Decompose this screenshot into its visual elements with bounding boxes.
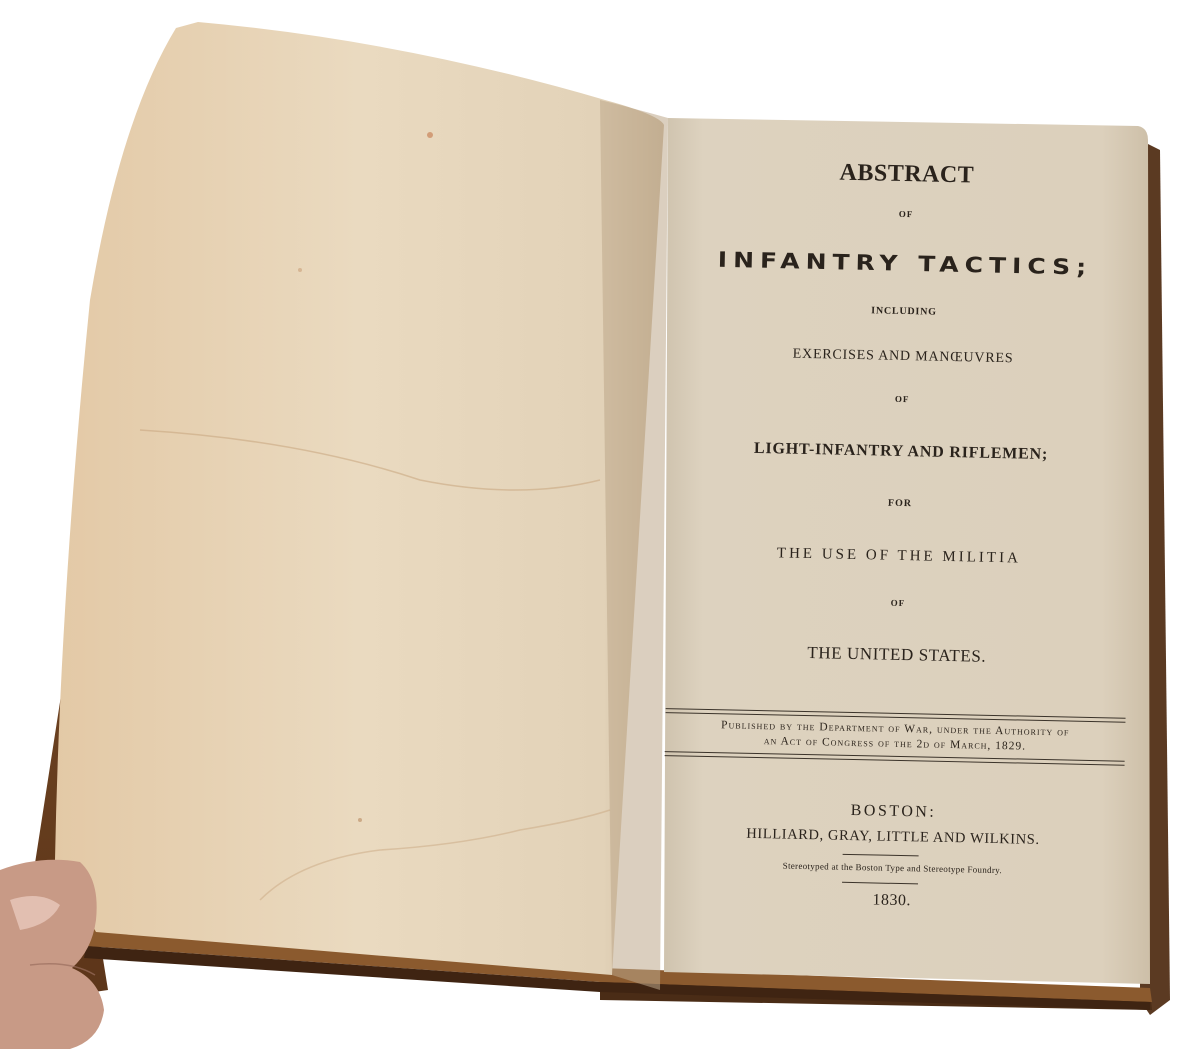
imprint-city: BOSTON:: [653, 798, 1133, 826]
title-of-3: OF: [658, 593, 1138, 613]
title-of-2: OF: [662, 389, 1142, 409]
title-abstract: ABSTRACT: [667, 156, 1147, 193]
title-light-infantry: LIGHT-INFANTRY AND RIFLEMEN;: [661, 438, 1141, 466]
imprint-year: 1830.: [652, 887, 1132, 915]
publication-note: Published by the Department of War, unde…: [664, 708, 1125, 778]
imprint-publisher: HILLIARD, GRAY, LITTLE AND WILKINS.: [653, 824, 1133, 851]
title-for: FOR: [660, 493, 1140, 514]
left-page: [55, 22, 664, 975]
title-of: OF: [666, 204, 1146, 224]
title-page-text: ABSTRACT OF INFANTRY TACTICS; INCLUDING …: [651, 118, 1148, 958]
title-including: INCLUDING: [664, 301, 1144, 322]
imprint-stereotype: Stereotyped at the Boston Type and Stere…: [652, 858, 1132, 878]
imprint-rule-1: [843, 854, 919, 857]
title-united-states: THE UNITED STATES.: [657, 640, 1137, 670]
title-use-of-militia: THE USE OF THE MILITIA: [659, 543, 1139, 570]
title-exercises: EXERCISES AND MANŒUVRES: [663, 344, 1143, 370]
title-infantry-tactics: INFANTRY TACTICS;: [665, 246, 1145, 281]
imprint-rule-2: [842, 882, 918, 885]
photo-scene: ABSTRACT OF INFANTRY TACTICS; INCLUDING …: [0, 0, 1200, 1049]
